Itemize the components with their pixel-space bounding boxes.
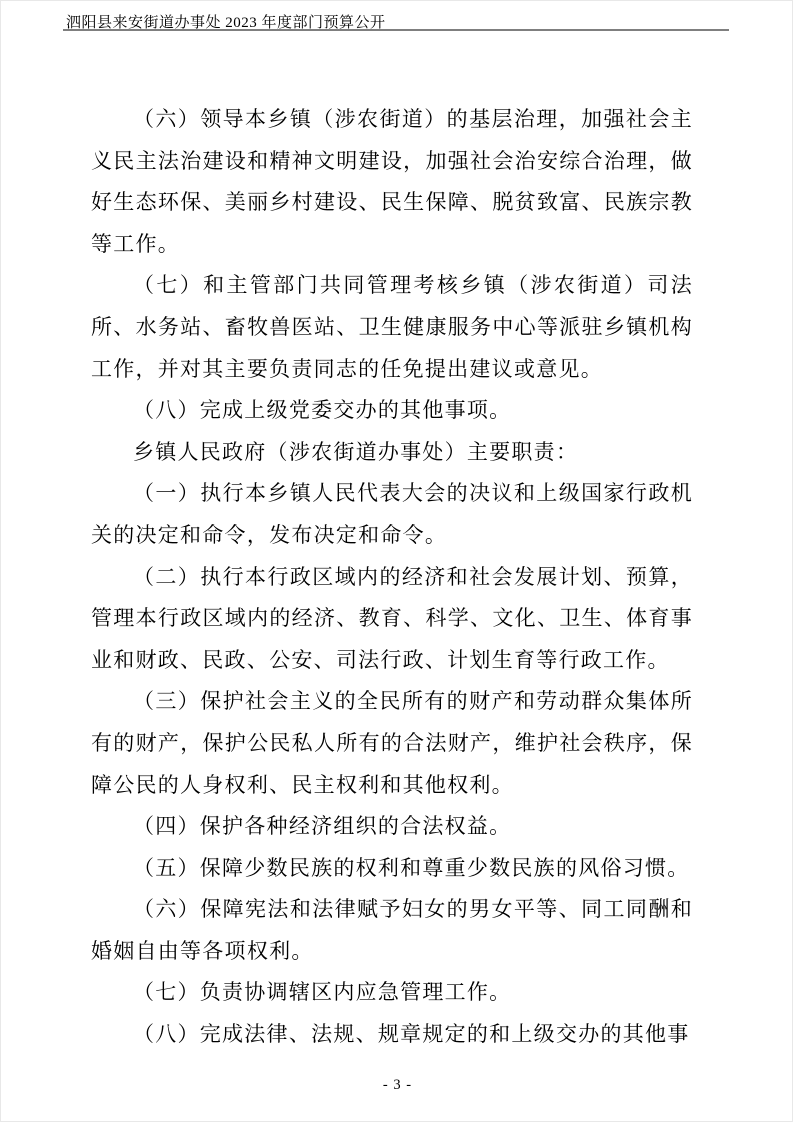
document-body: （六）领导本乡镇（涉农街道）的基层治理，加强社会主义民主法治建设和精神文明建设，… xyxy=(91,99,693,1056)
paragraph: （六）保障宪法和法律赋予妇女的男女平等、同工同酬和婚姻自由等各项权利。 xyxy=(91,889,693,972)
paragraph: （六）领导本乡镇（涉农街道）的基层治理，加强社会主义民主法治建设和精神文明建设，… xyxy=(91,99,693,265)
paragraph: （一）执行本乡镇人民代表大会的决议和上级国家行政机关的决定和命令，发布决定和命令… xyxy=(91,473,693,556)
page-footer: - 3 - xyxy=(1,1077,793,1094)
paragraph: （三）保护社会主义的全民所有的财产和劳动群众集体所有的财产，保护公民私人所有的合… xyxy=(91,681,693,806)
page-number: - 3 - xyxy=(383,1077,412,1093)
paragraph: （五）保障少数民族的权利和尊重少数民族的风俗习惯。 xyxy=(91,848,693,890)
document-page: 泗阳县来安街道办事处 2023 年度部门预算公开 （六）领导本乡镇（涉农街道）的… xyxy=(0,0,793,1122)
paragraph: 乡镇人民政府（涉农街道办事处）主要职责： xyxy=(91,432,693,474)
paragraph: （四）保护各种经济组织的合法权益。 xyxy=(91,806,693,848)
paragraph: （八）完成上级党委交办的其他事项。 xyxy=(91,390,693,432)
paragraph: （二）执行本行政区域内的经济和社会发展计划、预算，管理本行政区域内的经济、教育、… xyxy=(91,557,693,682)
paragraph: （八）完成法律、法规、规章规定的和上级交办的其他事 xyxy=(91,1014,693,1056)
paragraph: （七）负责协调辖区内应急管理工作。 xyxy=(91,972,693,1014)
header-rule xyxy=(63,29,729,31)
paragraph: （七）和主管部门共同管理考核乡镇（涉农街道）司法所、水务站、畜牧兽医站、卫生健康… xyxy=(91,265,693,390)
